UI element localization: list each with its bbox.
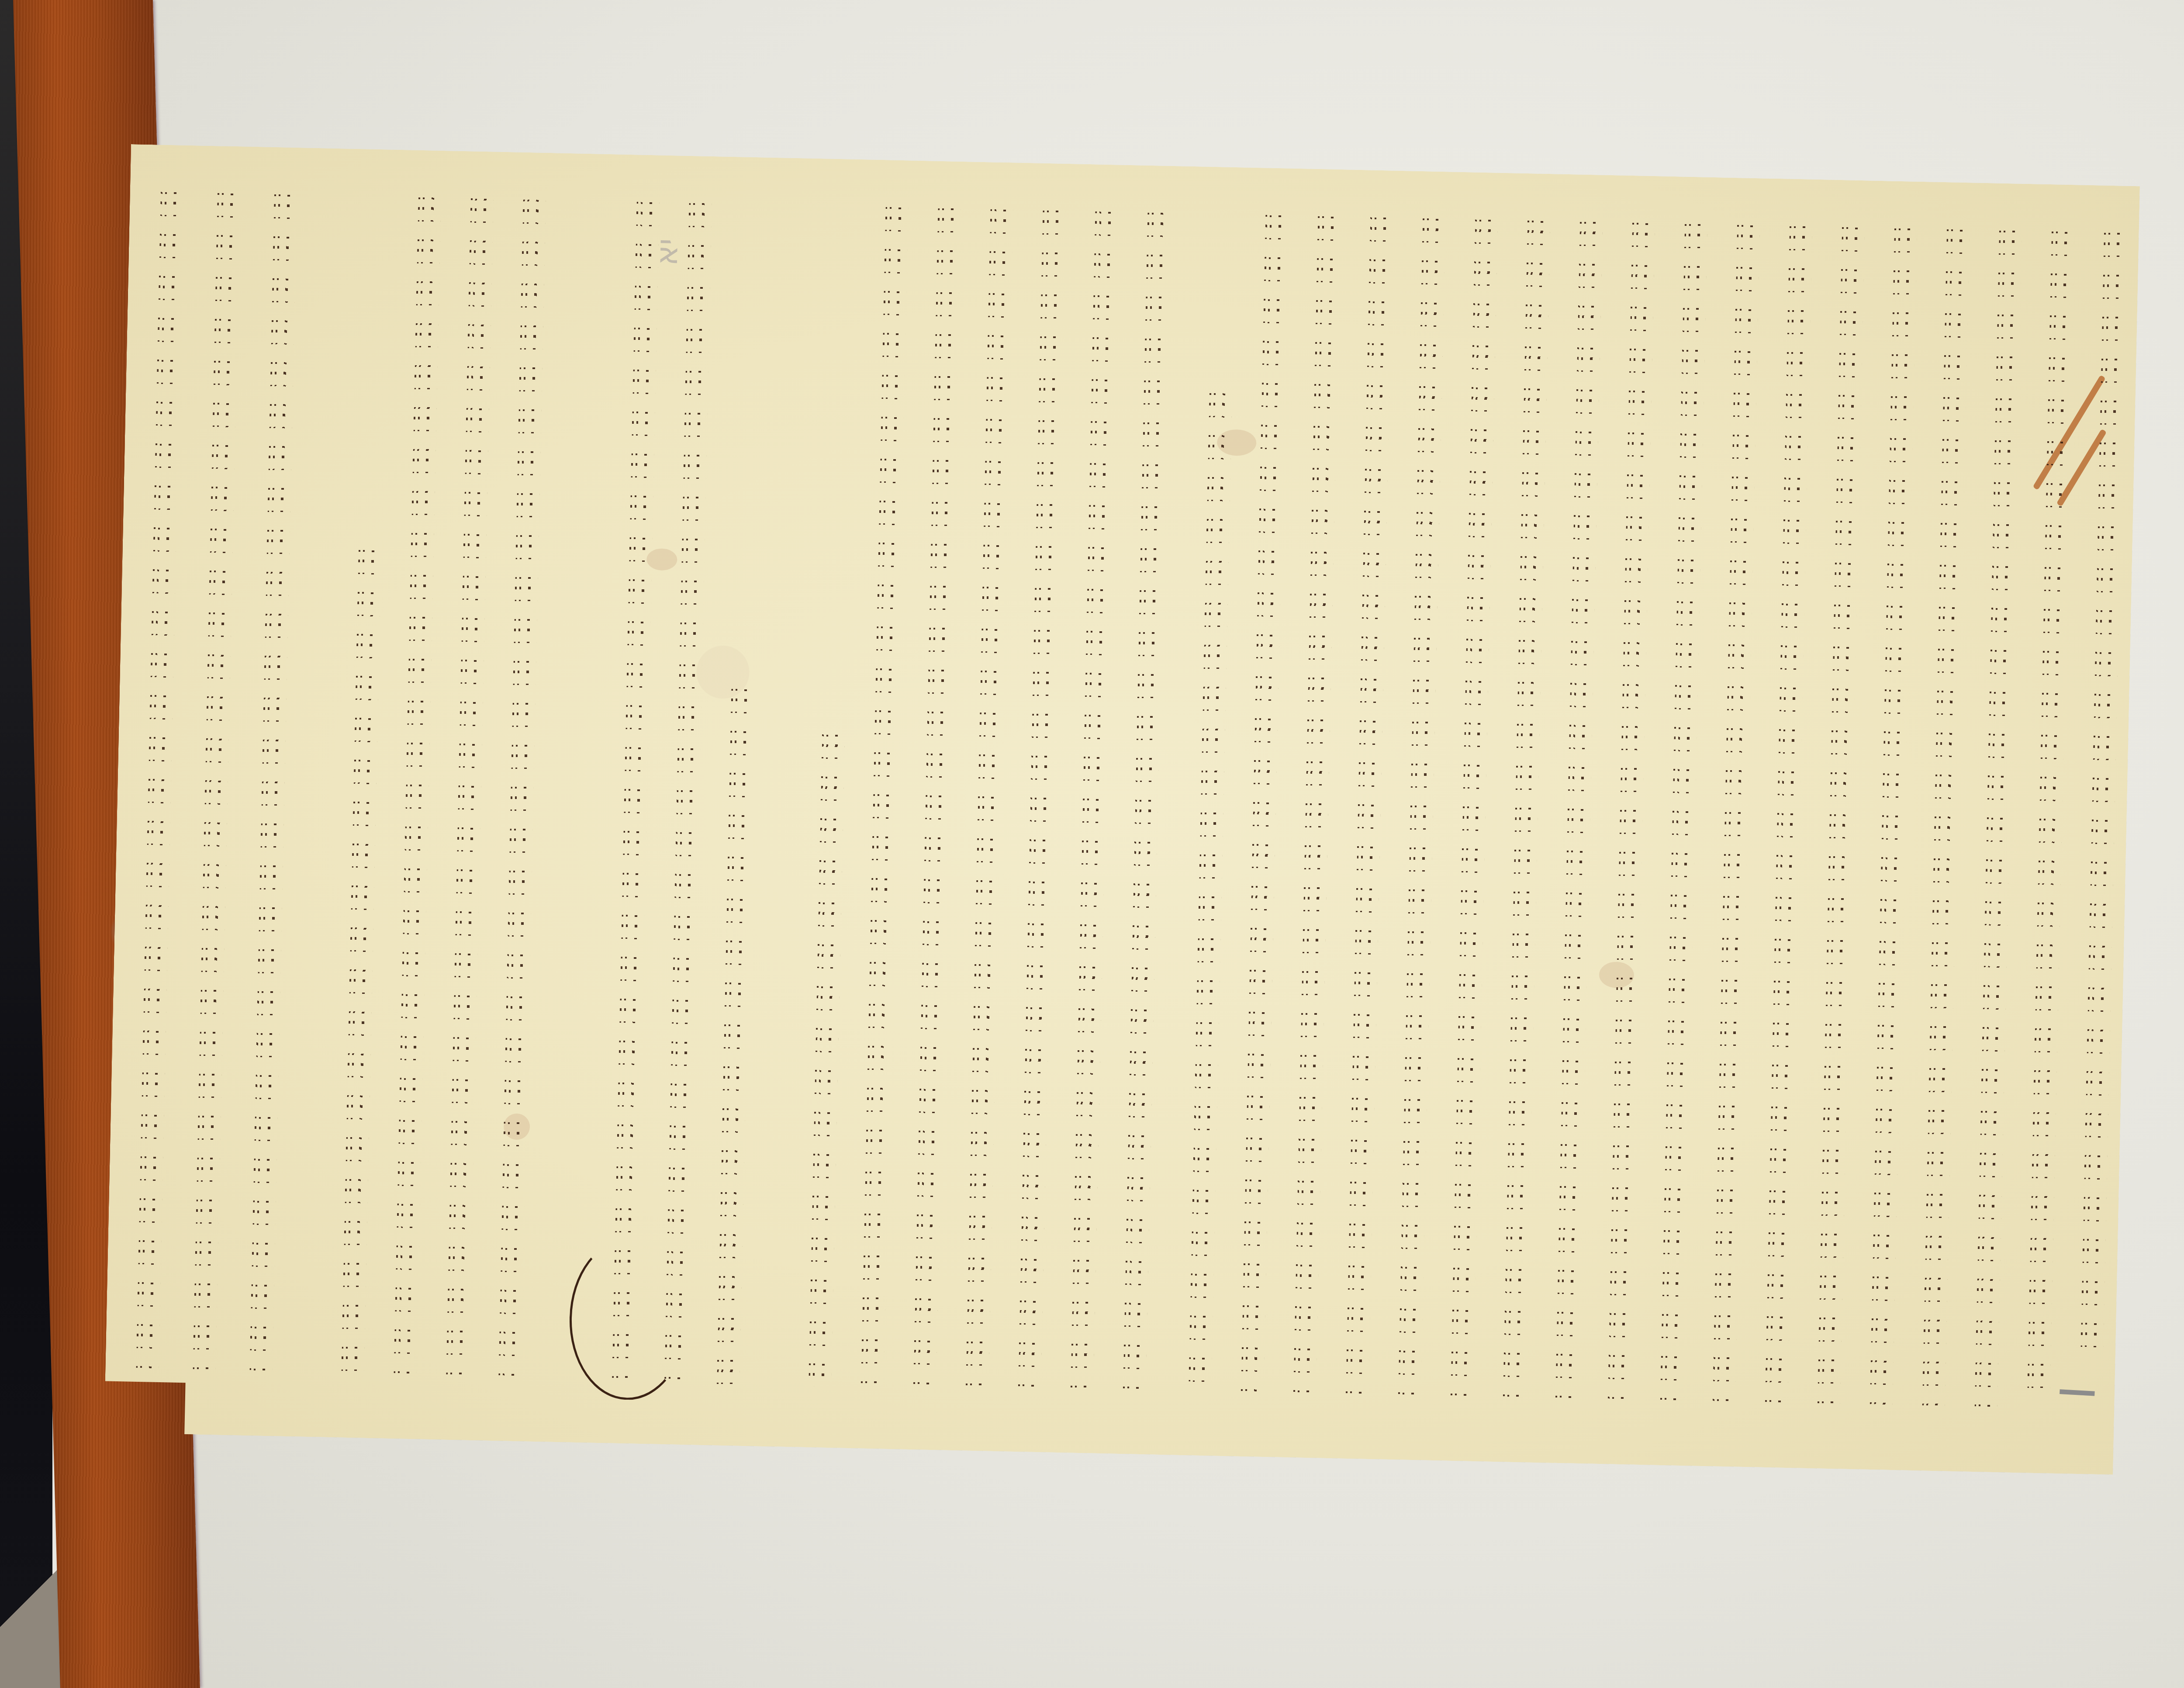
handwritten-line <box>1293 208 1341 1397</box>
pencil-folio-mark: I <box>2050 1384 2107 1401</box>
handwritten-line <box>2027 224 2075 1403</box>
handwritten-line <box>341 542 381 1377</box>
handwritten-line <box>1870 221 1917 1409</box>
handwritten-line <box>1018 203 1066 1391</box>
handwritten-line <box>1974 223 2022 1411</box>
handwritten-line <box>913 201 961 1389</box>
handwritten-line <box>1765 218 1812 1407</box>
handwritten-line <box>1189 385 1232 1395</box>
handwritten-line <box>394 190 441 1378</box>
handwritten-line <box>861 199 909 1387</box>
handwritten-line <box>1398 211 1446 1399</box>
handwritten-line <box>446 190 494 1379</box>
handwritten-line <box>193 185 240 1373</box>
handwritten-line <box>717 681 754 1385</box>
handwritten-line <box>966 201 1013 1390</box>
handwritten-line <box>664 195 712 1384</box>
manuscript-page: I יא <box>104 144 2140 1475</box>
pencil-faint-note: יא <box>649 238 685 266</box>
handwritten-line <box>1071 204 1118 1392</box>
handwritten-line <box>136 184 183 1372</box>
handwritten-line <box>1123 205 1171 1393</box>
grey-corner-background <box>0 1505 61 1688</box>
handwritten-line <box>1817 219 1865 1408</box>
handwritten-line <box>249 187 297 1375</box>
handwritten-line <box>612 194 660 1382</box>
handwritten-line <box>809 726 845 1387</box>
handwritten-line <box>1922 221 1970 1410</box>
handwritten-line <box>498 192 546 1380</box>
handwritten-line <box>1346 209 1393 1397</box>
handwritten-line <box>1503 213 1550 1401</box>
handwritten-line <box>1712 217 1760 1405</box>
handwritten-line <box>1555 214 1603 1402</box>
handwritten-line <box>1660 216 1707 1404</box>
handwritten-line <box>1241 207 1289 1395</box>
handwritten-line <box>1450 211 1498 1400</box>
handwritten-line <box>1607 215 1655 1403</box>
